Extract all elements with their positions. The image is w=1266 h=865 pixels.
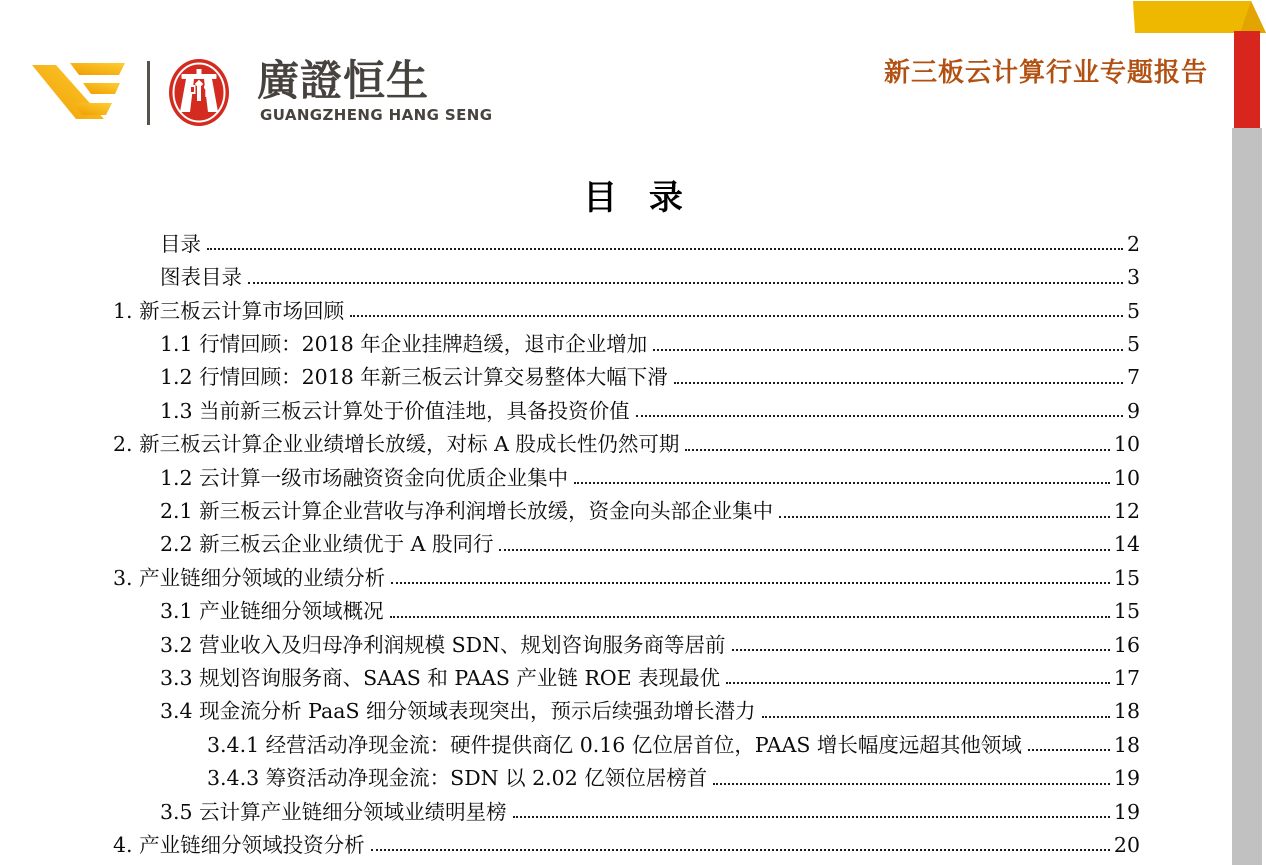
toc-dot-leader bbox=[390, 616, 1110, 618]
toc-entry-page-number: 20 bbox=[1114, 835, 1140, 862]
toc-entry-page-number: 5 bbox=[1127, 301, 1140, 328]
toc-dot-leader bbox=[685, 449, 1109, 451]
toc-entry-page-number: 7 bbox=[1127, 367, 1140, 394]
toc-dot-leader bbox=[726, 682, 1110, 684]
toc-entry-page-number: 17 bbox=[1114, 668, 1140, 695]
toc-dot-leader bbox=[779, 516, 1110, 518]
toc-entry[interactable]: 4. 产业链细分领域投资分析20 bbox=[113, 828, 1140, 861]
toc-dot-leader bbox=[636, 415, 1123, 417]
brand-divider bbox=[147, 61, 150, 125]
toc-entry-text: 3. 产业链细分领域的业绩分析 bbox=[113, 568, 385, 595]
guangzheng-emblem-icon bbox=[168, 58, 230, 127]
toc-dot-leader bbox=[371, 849, 1110, 851]
report-toc-page: 廣證恒生 GUANGZHENG HANG SENG 新三板云计算行业专题报告 目… bbox=[0, 0, 1266, 865]
toc-dot-leader bbox=[713, 783, 1110, 785]
toc-entry-page-number: 9 bbox=[1127, 401, 1140, 428]
toc-entry-page-number: 10 bbox=[1114, 434, 1140, 461]
toc-entry-text: 1.2 云计算一级市场融资资金向优质企业集中 bbox=[160, 468, 568, 495]
toc-entry[interactable]: 3.3 规划咨询服务商、SAAS 和 PAAS 产业链 ROE 表现最优17 bbox=[113, 661, 1140, 694]
side-bar-gray bbox=[1232, 128, 1262, 865]
toc-dot-leader bbox=[499, 549, 1109, 551]
toc-entry[interactable]: 2.1 新三板云计算企业营收与净利润增长放缓，资金向头部企业集中12 bbox=[113, 494, 1140, 527]
toc-entry[interactable]: 1.1 行情回顾：2018 年企业挂牌趋缓，退市企业增加5 bbox=[113, 327, 1140, 360]
toc-entry-text: 1.2 行情回顾：2018 年新三板云计算交易整体大幅下滑 bbox=[160, 367, 668, 394]
toc-entry-page-number: 15 bbox=[1114, 568, 1140, 595]
toc-dot-leader bbox=[732, 649, 1110, 651]
toc-dot-leader bbox=[674, 382, 1123, 384]
toc-entry-text: 4. 产业链细分领域投资分析 bbox=[113, 835, 365, 862]
toc-entry[interactable]: 3.4.1 经营活动净现金流：硬件提供商亿 0.16 亿位居首位，PAAS 增长… bbox=[113, 728, 1140, 761]
toc-entry[interactable]: 3.4.3 筹资活动净现金流：SDN 以 2.02 亿领位居榜首19 bbox=[113, 761, 1140, 794]
toc-entry-page-number: 16 bbox=[1114, 635, 1140, 662]
toc-entry-text: 2. 新三板云计算企业业绩增长放缓，对标 A 股成长性仍然可期 bbox=[113, 434, 679, 461]
toc-entry-page-number: 3 bbox=[1127, 267, 1140, 294]
brand-name-english: GUANGZHENG HANG SENG bbox=[260, 106, 492, 124]
toc-entry-page-number: 5 bbox=[1127, 334, 1140, 361]
toc-list: 目录2图表目录31. 新三板云计算市场回顾51.1 行情回顾：2018 年企业挂… bbox=[113, 227, 1140, 861]
toc-entry-text: 1.1 行情回顾：2018 年企业挂牌趋缓，退市企业增加 bbox=[160, 334, 647, 361]
page-header: 廣證恒生 GUANGZHENG HANG SENG 新三板云计算行业专题报告 bbox=[0, 0, 1266, 150]
toc-entry[interactable]: 3.1 产业链细分领域概况15 bbox=[113, 594, 1140, 627]
toc-entry-page-number: 18 bbox=[1114, 735, 1140, 762]
toc-entry-page-number: 10 bbox=[1114, 468, 1140, 495]
toc-dot-leader bbox=[1028, 749, 1110, 751]
toc-entry[interactable]: 3.4 现金流分析 PaaS 细分领域表现突出，预示后续强劲增长潜力18 bbox=[113, 694, 1140, 727]
toc-entry-page-number: 14 bbox=[1114, 534, 1140, 561]
toc-entry[interactable]: 图表目录3 bbox=[113, 260, 1140, 293]
brand-name-chinese: 廣證恒生 bbox=[257, 58, 429, 104]
toc-entry-page-number: 2 bbox=[1127, 234, 1140, 261]
toc-entry-text: 2.2 新三板云企业业绩优于 A 股同行 bbox=[160, 534, 493, 561]
toc-dot-leader bbox=[391, 582, 1110, 584]
toc-dot-leader bbox=[574, 482, 1110, 484]
ye-gold-logo-icon bbox=[30, 62, 126, 120]
toc-entry[interactable]: 3.2 营业收入及归母净利润规模 SDN、规划咨询服务商等居前16 bbox=[113, 628, 1140, 661]
toc-entry-text: 2.1 新三板云计算企业营收与净利润增长放缓，资金向头部企业集中 bbox=[160, 501, 773, 528]
toc-entry[interactable]: 1.2 云计算一级市场融资资金向优质企业集中10 bbox=[113, 461, 1140, 494]
toc-entry-text: 3.5 云计算产业链细分领域业绩明星榜 bbox=[160, 802, 507, 829]
toc-dot-leader bbox=[207, 248, 1123, 250]
toc-dot-leader bbox=[653, 349, 1123, 351]
toc-entry-text: 目录 bbox=[160, 234, 201, 261]
toc-entry-text: 3.1 产业链细分领域概况 bbox=[160, 601, 384, 628]
toc-dot-leader bbox=[350, 315, 1123, 317]
toc-entry[interactable]: 3.5 云计算产业链细分领域业绩明星榜19 bbox=[113, 795, 1140, 828]
toc-entry-text: 3.2 营业收入及归母净利润规模 SDN、规划咨询服务商等居前 bbox=[160, 635, 726, 662]
toc-entry-page-number: 19 bbox=[1114, 768, 1140, 795]
toc-entry[interactable]: 3. 产业链细分领域的业绩分析15 bbox=[113, 561, 1140, 594]
toc-entry-text: 1. 新三板云计算市场回顾 bbox=[113, 301, 344, 328]
toc-entry-text: 3.4 现金流分析 PaaS 细分领域表现突出，预示后续强劲增长潜力 bbox=[160, 701, 756, 728]
toc-dot-leader bbox=[513, 816, 1110, 818]
toc-entry-text: 3.4.3 筹资活动净现金流：SDN 以 2.02 亿领位居榜首 bbox=[207, 768, 707, 795]
toc-entry-page-number: 15 bbox=[1114, 601, 1140, 628]
toc-entry-text: 1.3 当前新三板云计算处于价值洼地，具备投资价值 bbox=[160, 401, 630, 428]
toc-entry[interactable]: 1. 新三板云计算市场回顾5 bbox=[113, 294, 1140, 327]
toc-entry-text: 3.3 规划咨询服务商、SAAS 和 PAAS 产业链 ROE 表现最优 bbox=[160, 668, 720, 695]
toc-entry[interactable]: 2. 新三板云计算企业业绩增长放缓，对标 A 股成长性仍然可期10 bbox=[113, 427, 1140, 460]
toc-entry-page-number: 18 bbox=[1114, 701, 1140, 728]
toc-entry[interactable]: 1.3 当前新三板云计算处于价值洼地，具备投资价值9 bbox=[113, 394, 1140, 427]
toc-entry[interactable]: 2.2 新三板云企业业绩优于 A 股同行14 bbox=[113, 528, 1140, 561]
toc-entry-page-number: 19 bbox=[1114, 802, 1140, 829]
report-series-title: 新三板云计算行业专题报告 bbox=[884, 52, 1208, 89]
toc-title: 目 录 bbox=[0, 170, 1266, 219]
toc-entry[interactable]: 目录2 bbox=[113, 227, 1140, 260]
toc-entry[interactable]: 1.2 行情回顾：2018 年新三板云计算交易整体大幅下滑7 bbox=[113, 361, 1140, 394]
toc-entry-text: 3.4.1 经营活动净现金流：硬件提供商亿 0.16 亿位居首位，PAAS 增长… bbox=[207, 735, 1022, 762]
toc-entry-page-number: 12 bbox=[1114, 501, 1140, 528]
toc-dot-leader bbox=[248, 282, 1123, 284]
toc-entry-text: 图表目录 bbox=[160, 267, 242, 294]
toc-dot-leader bbox=[762, 716, 1110, 718]
